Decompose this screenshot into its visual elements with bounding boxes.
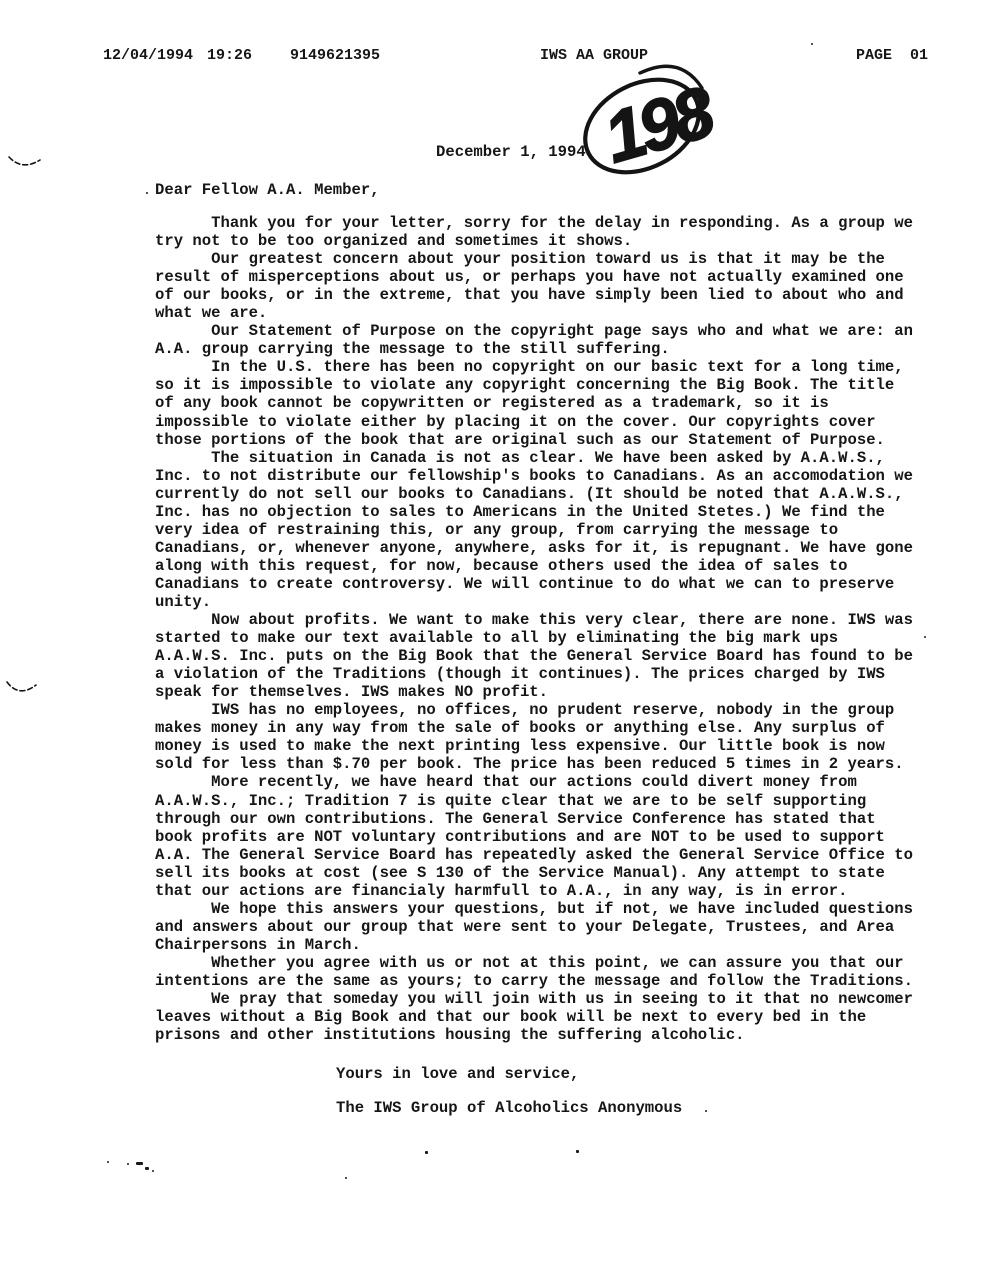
body-line: intentions are the same as yours; to car… (155, 972, 913, 990)
body-line: currently do not sell our books to Canad… (155, 485, 913, 503)
body-line: sell its books at cost (see S 130 of the… (155, 864, 913, 882)
body-line: speak for themselves. IWS makes NO profi… (155, 683, 913, 701)
body-line: through our own contributions. The Gener… (155, 810, 913, 828)
body-line: impossible to violate either by placing … (155, 413, 913, 431)
body-line: Canadians to create controversy. We will… (155, 575, 913, 593)
body-line: that our actions are financialy harmfull… (155, 882, 913, 900)
body-line: and answers about our group that were se… (155, 918, 913, 936)
body-line: Inc. has no objection to sales to Americ… (155, 503, 913, 521)
noise-speck (136, 1162, 143, 1165)
body-line: Canadians, or, whenever anyone, anywhere… (155, 539, 913, 557)
margin-mark-top (6, 152, 46, 176)
letter-salutation: Dear Fellow A.A. Member, (155, 181, 380, 199)
body-line: Our greatest concern about your position… (155, 250, 913, 268)
noise-speck (811, 43, 813, 45)
body-line: A.A. group carrying the message to the s… (155, 340, 913, 358)
letter-closing: Yours in love and service, (336, 1065, 579, 1083)
body-line: unity. (155, 593, 913, 611)
body-line: A.A. The General Service Board has repea… (155, 846, 913, 864)
body-line: try not to be too organized and sometime… (155, 232, 913, 250)
body-line: In the U.S. there has been no copyright … (155, 358, 913, 376)
noise-speck (576, 1150, 579, 1153)
letter-signature: The IWS Group of Alcoholics Anonymous (336, 1099, 682, 1117)
body-line: of any book cannot be copywritten or reg… (155, 394, 913, 412)
body-line: We pray that someday you will join with … (155, 990, 913, 1008)
body-line: those portions of the book that are orig… (155, 431, 913, 449)
margin-mark-middle (4, 678, 44, 702)
letter-body: Thank you for your letter, sorry for the… (155, 214, 913, 1044)
fax-page: 12/04/1994 19:26 9149621395 IWS AA GROUP… (0, 0, 1000, 1267)
body-line: The situation in Canada is not as clear.… (155, 449, 913, 467)
noise-speck (107, 1161, 109, 1163)
noise-speck (127, 1163, 129, 1165)
body-line: what we are. (155, 304, 913, 322)
noise-speck (152, 1170, 154, 1172)
body-line: result of misperceptions about us, or pe… (155, 268, 913, 286)
noise-speck (145, 1167, 149, 1170)
stamp-number: 198 (596, 72, 724, 179)
body-line: Thank you for your letter, sorry for the… (155, 214, 913, 232)
body-line: More recently, we have heard that our ac… (155, 773, 913, 791)
body-line: Inc. to not distribute our fellowship's … (155, 467, 913, 485)
body-line: so it is impossible to violate any copyr… (155, 376, 913, 394)
body-line: leaves without a Big Book and that our b… (155, 1008, 913, 1026)
body-line: along with this request, for now, becaus… (155, 557, 913, 575)
body-line: Now about profits. We want to make this … (155, 611, 913, 629)
body-line: a violation of the Traditions (though it… (155, 665, 913, 683)
body-line: makes money in any way from the sale of … (155, 719, 913, 737)
fax-header-number: 9149621395 (290, 47, 380, 64)
body-line: of our books, or in the extreme, that yo… (155, 286, 913, 304)
body-line: sold for less than $.70 per book. The pr… (155, 755, 913, 773)
fax-header-page-label: PAGE 01 (856, 47, 928, 64)
body-line: prisons and other institutions housing t… (155, 1026, 913, 1044)
noise-speck (425, 1151, 428, 1154)
noise-speck (705, 1110, 707, 1112)
fax-header-time: 19:26 (207, 47, 252, 64)
body-line: started to make our text available to al… (155, 629, 913, 647)
body-line: money is used to make the next printing … (155, 737, 913, 755)
stamp-circled-198: 198 (576, 60, 720, 190)
fax-header-date: 12/04/1994 (103, 47, 193, 64)
body-line: Chairpersons in March. (155, 936, 913, 954)
body-line: book profits are NOT voluntary contribut… (155, 828, 913, 846)
noise-speck (146, 192, 148, 194)
letter-date: December 1, 1994 (436, 143, 586, 161)
body-line: A.A.W.S., Inc.; Tradition 7 is quite cle… (155, 792, 913, 810)
body-line: We hope this answers your questions, but… (155, 900, 913, 918)
body-line: Our Statement of Purpose on the copyrigh… (155, 322, 913, 340)
noise-speck (345, 1177, 347, 1179)
noise-speck (924, 636, 926, 638)
body-line: very idea of restraining this, or any gr… (155, 521, 913, 539)
body-line: Whether you agree with us or not at this… (155, 954, 913, 972)
body-line: IWS has no employees, no offices, no pru… (155, 701, 913, 719)
body-line: A.A.W.S. Inc. puts on the Big Book that … (155, 647, 913, 665)
